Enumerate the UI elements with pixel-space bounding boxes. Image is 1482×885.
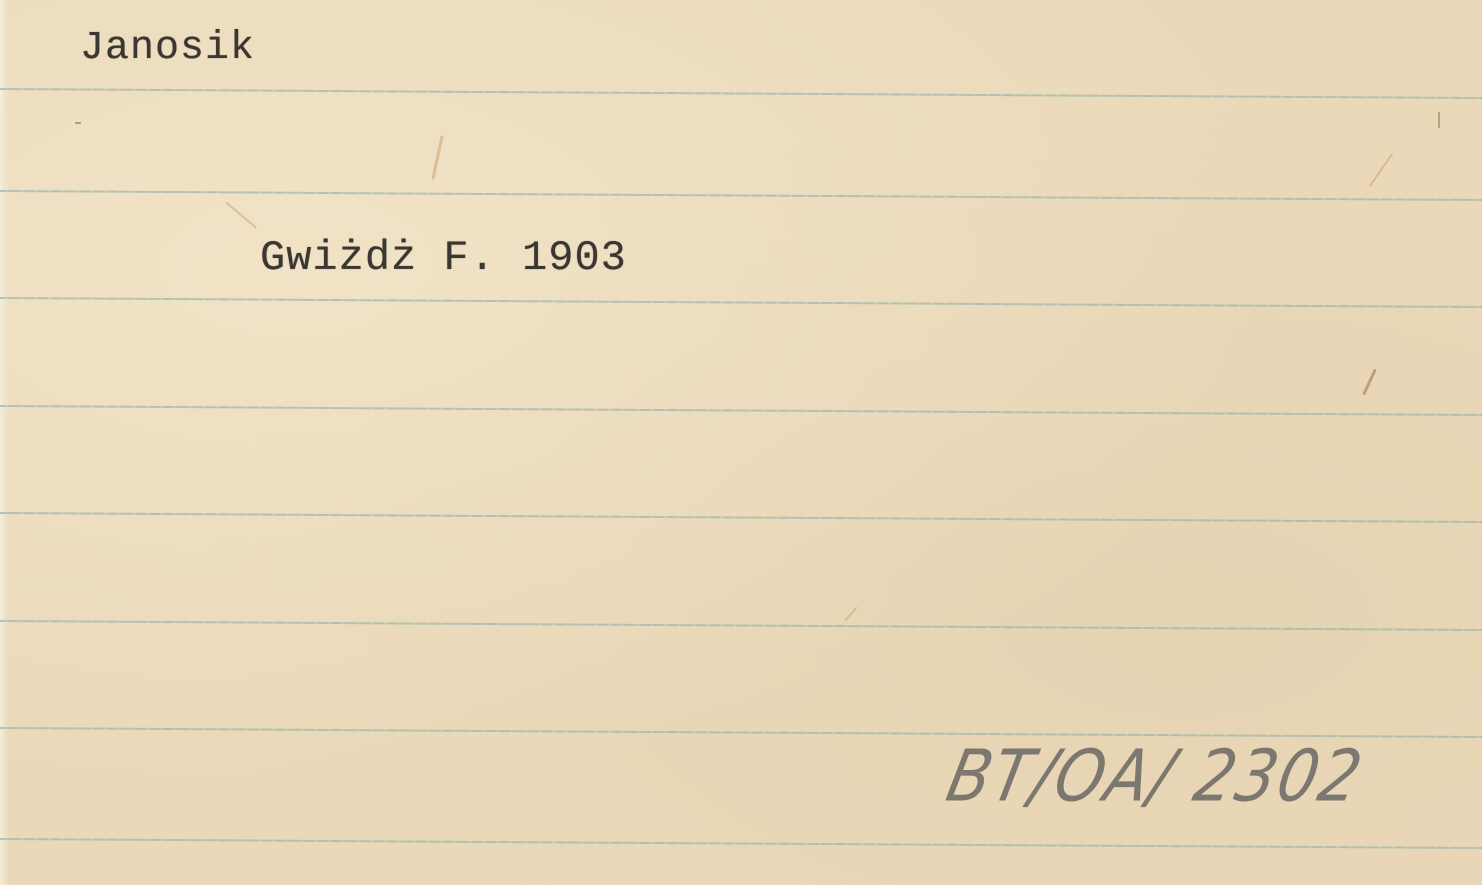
ruled-line xyxy=(0,190,1482,201)
ruled-line xyxy=(0,838,1482,849)
paper-fiber xyxy=(844,606,857,621)
paper-fiber xyxy=(225,201,257,228)
paper-fiber xyxy=(1362,369,1377,396)
paper-fiber xyxy=(1438,112,1440,128)
ruled-line xyxy=(0,512,1482,523)
card-heading: Janosik xyxy=(80,26,255,71)
paper-fiber xyxy=(431,135,443,180)
catalog-card: Janosik Gwiżdż F. 1903 BT/OA/ 2302 xyxy=(0,0,1482,885)
ruled-line xyxy=(0,297,1482,308)
ruled-line xyxy=(0,620,1482,631)
card-entry: Gwiżdż F. 1903 xyxy=(260,234,627,282)
ruled-line xyxy=(0,405,1482,416)
paper-fiber xyxy=(1369,153,1394,187)
ruled-line xyxy=(0,88,1482,99)
call-number: BT/OA/ 2302 xyxy=(940,734,1371,818)
paper-fiber xyxy=(75,122,81,124)
